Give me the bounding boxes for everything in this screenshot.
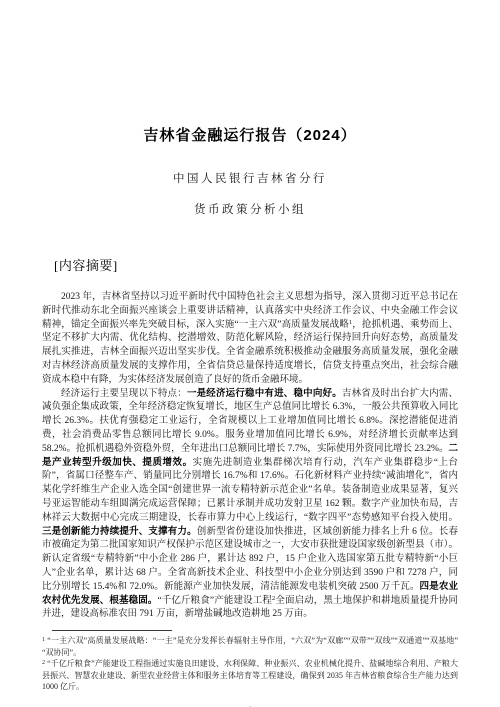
page-number: 1 bbox=[0, 704, 500, 707]
footnote-text: “千亿斤粮食”产能建设工程指通过实施良田建设、水利保障、种业振兴、农业机械化提升… bbox=[42, 659, 458, 691]
team-name: 货币政策分析小组 bbox=[0, 201, 500, 217]
abstract-heading: [内容摘要] bbox=[54, 255, 458, 274]
footnote-marker-2: 2 bbox=[42, 660, 45, 666]
org-name: 中国人民银行吉林省分行 bbox=[0, 170, 500, 186]
highlight-point-3: 三是创新能力持续提升、支撑有力。 bbox=[42, 527, 197, 537]
paragraph-text: 经济运行主要呈现以下特点： bbox=[61, 389, 187, 399]
abstract-paragraph-2: 经济运行主要呈现以下特点：一是经济运行稳中有进、稳中向好。吉林省及时出台扩大内需… bbox=[42, 388, 458, 623]
abstract-paragraph-1: 2023 年，吉林省坚持以习近平新时代中国特色社会主义思想为指导，深入贯彻习近平… bbox=[42, 291, 458, 388]
paragraph-text: “千亿斤粮食”产能建设工程 bbox=[157, 596, 272, 606]
document-page: 吉林省金融运行报告（2024） 中国人民银行吉林省分行 货币政策分析小组 [内容… bbox=[0, 0, 500, 707]
footnote-marker-1: 1 bbox=[42, 637, 45, 643]
footnote-separator bbox=[52, 630, 172, 631]
footnote-2: 2 “千亿斤粮食”产能建设工程指通过实施良田建设、水利保障、种业振兴、农业机械化… bbox=[42, 658, 458, 693]
footnote-1: 1 “一主六双”高质量发展战略：“一主”是充分发挥长春辐射主导作用，“六双”为“… bbox=[42, 635, 458, 658]
highlight-point-1: 一是经济运行稳中有进、稳中向好。 bbox=[187, 389, 342, 399]
footnote-text: “一主六双”高质量发展战略：“一主”是充分发挥长春辐射主导作用，“六双”为“双廊… bbox=[42, 636, 458, 657]
report-title: 吉林省金融运行报告（2024） bbox=[40, 124, 460, 145]
